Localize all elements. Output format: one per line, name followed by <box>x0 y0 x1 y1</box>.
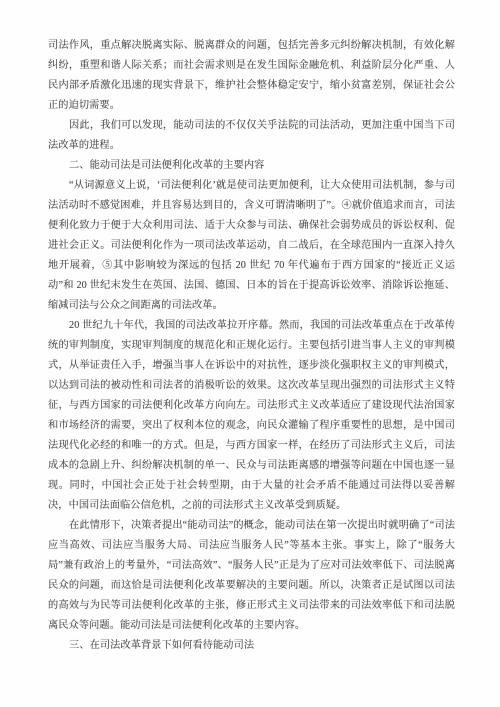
body-paragraph: “从词源意义上说，‘司法便利化’就是使司法更加便利，让大众使用司法机制，参与司法… <box>48 176 455 316</box>
document-body: 司法作风，重点解决脱离实际、脱离群众的问题，包括完善多元纠纷解决机制，有效化解纠… <box>48 36 455 656</box>
section-heading: 三、在司法改革背景下如何看待能动司法 <box>48 636 455 656</box>
body-paragraph: 在此情形下，决策者提出“能动司法”的概念，能动司法在第一次提出时就明确了“司法应… <box>48 516 455 636</box>
section-heading: 二、能动司法是司法便利化改革的主要内容 <box>48 156 455 176</box>
body-paragraph: 20 世纪九十年代，我国的司法改革拉开序幕。然而，我国的司法改革重点在于改革传统… <box>48 316 455 516</box>
body-paragraph: 司法作风，重点解决脱离实际、脱离群众的问题，包括完善多元纠纷解决机制，有效化解纠… <box>48 36 455 116</box>
document-page: 司法作风，重点解决脱离实际、脱离群众的问题，包括完善多元纠纷解决机制，有效化解纠… <box>0 0 500 707</box>
body-paragraph: 因此，我们可以发现，能动司法的不仅仅关乎法院的司法活动，更加注重中国当下司法改革… <box>48 116 455 156</box>
